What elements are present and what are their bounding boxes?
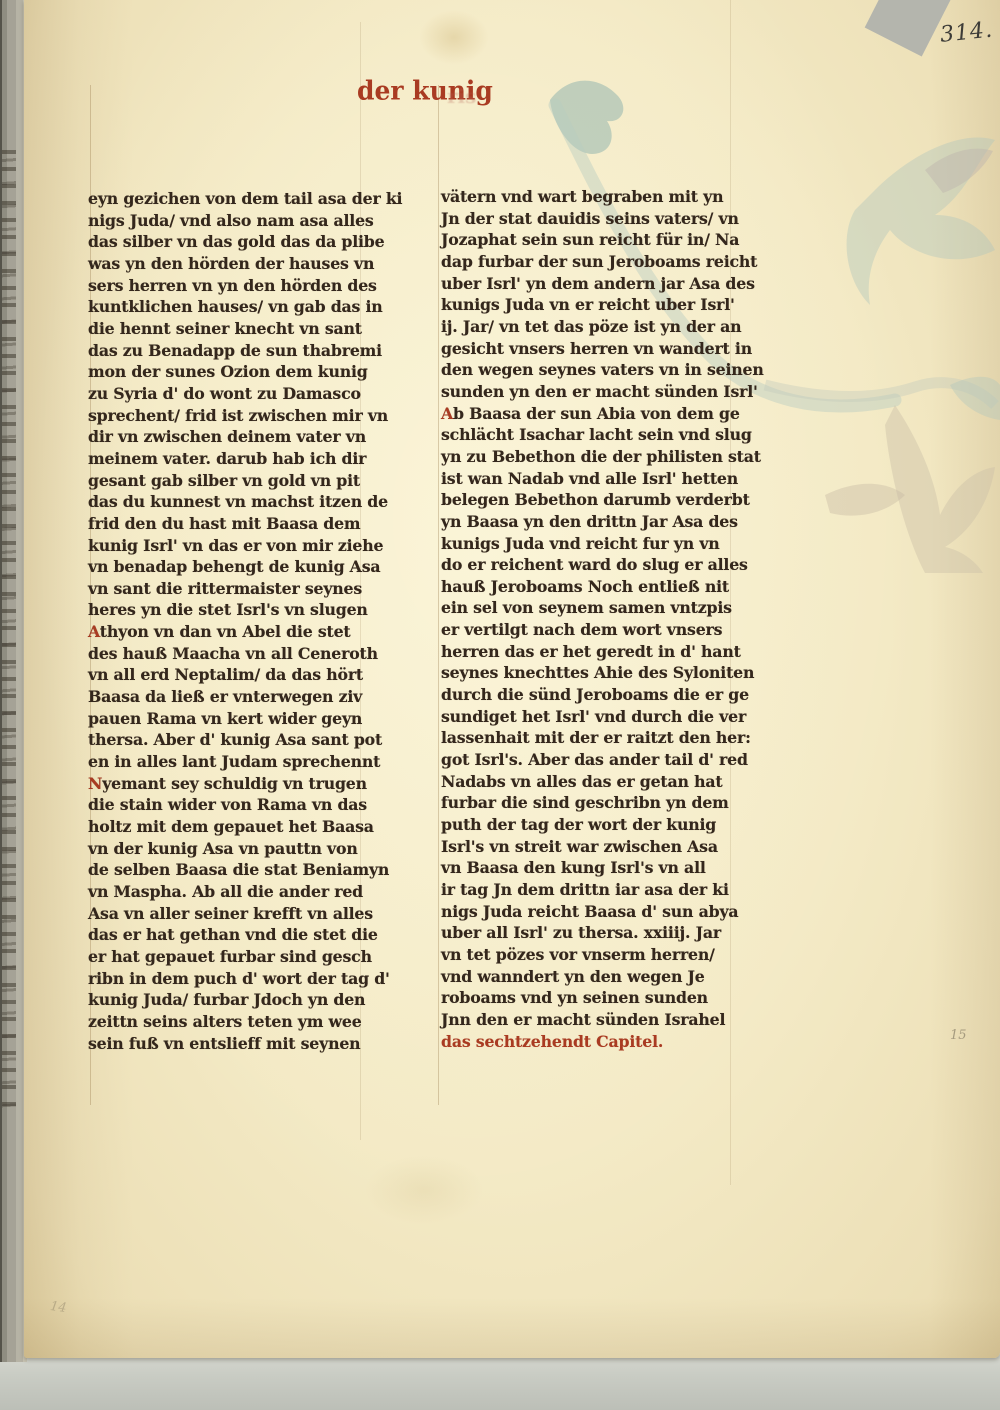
text-line: got Isrl's. Aber das ander tail d' red [441,749,752,771]
text-line: Jnn den er macht sünden Israhel [441,1009,752,1031]
manuscript-photo: 314. der kunig ris eyn gezichen von dem … [0,0,1000,1410]
text-line: er vertilgt nach dem wort vnsers [441,619,752,641]
text-line: sunden yn den er macht sünden Isrl' [441,381,752,403]
text-line: das silber vn das gold das da plibe [88,231,399,253]
ruling-line [438,85,439,1105]
text-line: seynes knechttes Ahie des Syloniten [441,662,752,684]
facing-page-text-fragments [2,150,16,1110]
rubricated-initial: A [88,622,100,641]
text-line: belegen Bebethon darumb verderbt [441,489,752,511]
text-line: meinem vater. darub hab ich dir [88,448,399,470]
text-line: mon der sunes Ozion dem kunig [88,361,399,383]
text-line: zeittn seins alters teten ym wee [88,1011,399,1033]
text-line: Jn der stat dauidis seins vaters/ vn [441,208,752,230]
text-line: kunig Juda/ furbar Jdoch yn den [88,989,399,1011]
text-line: er hat gepauet furbar sind gesch [88,946,399,968]
text-line: en in alles lant Judam sprechennt [88,751,399,773]
text-line: Athyon vn dan vn Abel die stet [88,621,399,643]
text-line: das zu Benadapp de sun thabremi [88,340,399,362]
right-text-column: vätern vnd wart begraben mit ynJn der st… [441,186,752,1052]
text-line: eyn gezichen von dem tail asa der ki [88,188,399,210]
text-line: Jozaphat sein sun reicht für in/ Na [441,229,752,251]
parchment-stain [419,10,489,65]
text-line: gesicht vnsers herren vn wandert in [441,338,752,360]
text-line: dir vn zwischen deinem vater vn [88,426,399,448]
text-line: Nadabs vn alles das er getan hat [441,771,752,793]
text-line: durch die sünd Jeroboams die er ge [441,684,752,706]
text-line: ribn in dem puch d' wort der tag d' [88,968,399,990]
text-line: was yn den hörden der hauses vn [88,253,399,275]
text-line: roboams vnd yn seinen sunden [441,987,752,1009]
text-line: furbar die sind geschribn yn dem [441,792,752,814]
text-line: sers herren vn yn den hörden des [88,275,399,297]
text-line: herren das er het geredt in d' hant [441,641,752,663]
text-line: vn tet pözes vor vnserm herren/ [441,944,752,966]
margin-mark: 15 [950,1028,967,1043]
left-text-column: eyn gezichen von dem tail asa der kinigs… [88,188,399,1054]
text-line: vn sant die rittermaister seynes [88,578,399,600]
text-line: ij. Jar/ vn tet das pöze ist yn der an [441,316,752,338]
parchment-stain [364,1155,484,1225]
text-line: sundiget het Isrl' vnd durch die ver [441,706,752,728]
rubricated-initial: N [88,774,102,793]
text-line: schlächt Isachar lacht sein vnd slug [441,424,752,446]
text-line: de selben Baasa die stat Beniamyn [88,859,399,881]
text-line: vn Baasa den kung Isrl's vn all [441,857,752,879]
text-line: kuntklichen hauses/ vn gab das in [88,296,399,318]
text-line: puth der tag der wort der kunig [441,814,752,836]
text-line: uber all Isrl' zu thersa. xxiiij. Jar [441,922,752,944]
text-line: die stain wider von Rama vn das [88,794,399,816]
text-line: zu Syria d' do wont zu Damasco [88,383,399,405]
text-line: Isrl's vn streit war zwischen Asa [441,836,752,858]
text-line: das er hat gethan vnd die stet die [88,924,399,946]
text-line: des hauß Maacha vn all Ceneroth [88,643,399,665]
text-line: ir tag Jn dem drittn iar asa der ki [441,879,752,901]
text-line: hauß Jeroboams Noch entließ nit [441,576,752,598]
text-line: Nyemant sey schuldig vn trugen [88,773,399,795]
text-line: vn der kunig Asa vn pauttn von [88,838,399,860]
facing-page-edge [0,0,27,1362]
text-line: yn Baasa yn den drittn Jar Asa des [441,511,752,533]
text-line: sein fuß vn entslieff mit seynen [88,1033,399,1055]
text-line: dap furbar der sun Jeroboams reicht [441,251,752,273]
text-line: holtz mit dem gepauet het Baasa [88,816,399,838]
text-line: yn zu Bebethon die der philisten stat [441,446,752,468]
text-line: kunig Isrl' vn das er von mir ziehe [88,535,399,557]
text-line: vn all erd Neptalim/ da das hört [88,664,399,686]
text-line: vnd wanndert yn den wegen Je [441,966,752,988]
text-line: vn Maspha. Ab all die ander red [88,881,399,903]
text-line: Asa vn aller seiner krefft vn alles [88,903,399,925]
chapter-rubric: das sechtzehendt Capitel. [441,1031,752,1053]
text-line: kunigs Juda vn er reicht uber Isrl' [441,294,752,316]
text-line: heres yn die stet Isrl's vn slugen [88,599,399,621]
text-line: Baasa da ließ er vnterwegen ziv [88,686,399,708]
text-line: kunigs Juda vnd reicht fur yn vn [441,533,752,555]
text-line: uber Isrl' yn dem andern jar Asa des [441,273,752,295]
text-line: nigs Juda/ vnd also nam asa alles [88,210,399,232]
text-line: lassenhait mit der er raitzt den her: [441,727,752,749]
text-line: gesant gab silber vn gold vn pit [88,470,399,492]
text-line: vn benadap behengt de kunig Asa [88,556,399,578]
text-line: die hennt seiner knecht vn sant [88,318,399,340]
text-line: do er reichent ward do slug er alles [441,554,752,576]
text-line: ein sel von seynem samen vntzpis [441,597,752,619]
rubricated-initial: A [441,404,453,423]
running-title-ghost: ris [447,84,476,108]
text-line: Ab Baasa der sun Abia von dem ge [441,403,752,425]
background-surface [0,1352,1000,1410]
text-line: pauen Rama vn kert wider geyn [88,708,399,730]
text-line: sprechent/ frid ist zwischen mir vn [88,405,399,427]
text-line: ist wan Nadab vnd alle Isrl' hetten [441,468,752,490]
text-line: das du kunnest vn machst itzen de [88,491,399,513]
text-line: vätern vnd wart begraben mit yn [441,186,752,208]
text-line: thersa. Aber d' kunig Asa sant pot [88,729,399,751]
text-line: frid den du hast mit Baasa dem [88,513,399,535]
text-line: nigs Juda reicht Baasa d' sun abya [441,901,752,923]
text-line: den wegen seynes vaters vn in seinen [441,359,752,381]
margin-mark: 14 [49,1299,67,1316]
